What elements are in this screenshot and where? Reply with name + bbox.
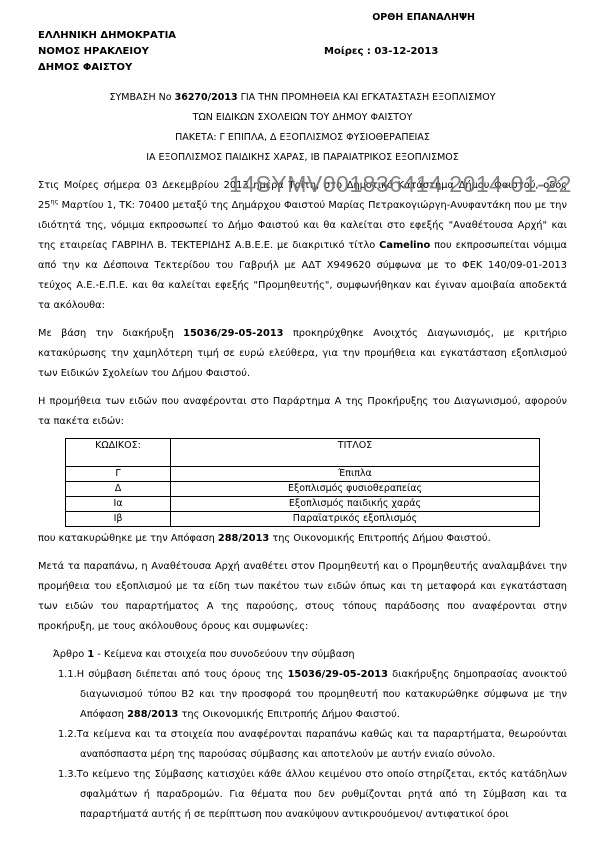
table-row: Ιβ Παραϊατρικός εξοπλισμός [66, 512, 540, 527]
table-cell-code: Γ [66, 467, 171, 482]
table-row: Γ Έπιπλα [66, 467, 540, 482]
packages-table: ΚΩΔΙΚΟΣ: ΤΙΤΛΟΣ Γ Έπιπλα Δ Εξοπλισμός φυ… [65, 438, 540, 527]
paragraph-award: που κατακυρώθηκε με την Απόφαση 288/2013… [38, 529, 567, 549]
article-item-1-3: 1.3.Το κείμενο της Σύμβασης κατισχύει κά… [38, 765, 567, 825]
article-item-1-1: 1.1.Η σύμβαση διέπεται από τους όρους τη… [38, 665, 567, 725]
table-row: Δ Εξοπλισμός φυσιοθεραπείας [66, 482, 540, 497]
authority-block: ΕΛΛΗΝΙΚΗ ΔΗΜΟΚΡΑΤΙΑ ΝΟΜΟΣ ΗΡΑΚΛΕΙΟΥ ΔΗΜΟ… [38, 28, 567, 76]
authority-line-municipality: ΔΗΜΟΣ ΦΑΙΣΤΟΥ [38, 60, 567, 76]
table-cell-title: Εξοπλισμός φυσιοθεραπείας [171, 482, 540, 497]
correction-notice: ΟΡΘΗ ΕΠΑΝΑΛΗΨΗ [38, 12, 567, 24]
table-cell-title: Παραϊατρικός εξοπλισμός [171, 512, 540, 527]
paragraph-items-intro: Η προμήθεια των ειδών που αναφέρονται στ… [38, 392, 567, 432]
table-header-title: ΤΙΤΛΟΣ [171, 439, 540, 467]
contract-title: ΣΥΜΒΑΣΗ Νο 36270/2013 ΓΙΑ ΤΗΝ ΠΡΟΜΗΘΕΙΑ … [38, 88, 567, 168]
title-line-2: ΤΩΝ ΕΙΔΙΚΩΝ ΣΧΟΛΕΙΩΝ ΤΟΥ ΔΗΜΟΥ ΦΑΙΣΤΟΥ [38, 108, 567, 128]
table-cell-code: Ια [66, 497, 171, 512]
title-line-4: ΙΑ ΕΞΟΠΛΙΣΜΟΣ ΠΑΙΔΙΚΗΣ ΧΑΡΑΣ, ΙΒ ΠΑΡΑΙΑΤ… [38, 148, 567, 168]
authority-line-prefecture: ΝΟΜΟΣ ΗΡΑΚΛΕΙΟΥ [38, 44, 567, 60]
contract-document-page: 14SYMV001836414 2014-01-22 ΟΡΘΗ ΕΠΑΝΑΛΗΨ… [0, 0, 595, 842]
title-line-1: ΣΥΜΒΑΣΗ Νο 36270/2013 ΓΙΑ ΤΗΝ ΠΡΟΜΗΘΕΙΑ … [38, 88, 567, 108]
table-header-code: ΚΩΔΙΚΟΣ: [66, 439, 171, 467]
paragraph-intro: Στις Μοίρες σήμερα 03 Δεκεμβρίου 2013 ημ… [38, 176, 567, 316]
paragraph-tender: Με βάση την διακήρυξη 15036/29-05-2013 π… [38, 324, 567, 384]
table-cell-code: Ιβ [66, 512, 171, 527]
paragraph-assignment: Μετά τα παραπάνω, η Αναθέτουσα Αρχή αναθ… [38, 557, 567, 637]
article-1-heading: Άρθρο 1 - Κείμενα και στοιχεία που συνοδ… [53, 645, 567, 665]
document-header: ΕΛΛΗΝΙΚΗ ΔΗΜΟΚΡΑΤΙΑ ΝΟΜΟΣ ΗΡΑΚΛΕΙΟΥ ΔΗΜΟ… [38, 28, 567, 78]
authority-line-republic: ΕΛΛΗΝΙΚΗ ΔΗΜΟΚΡΑΤΙΑ [38, 28, 567, 44]
table-cell-title: Έπιπλα [171, 467, 540, 482]
table-cell-code: Δ [66, 482, 171, 497]
table-header-row: ΚΩΔΙΚΟΣ: ΤΙΤΛΟΣ [66, 439, 540, 467]
table-row: Ια Εξοπλισμός παιδικής χαράς [66, 497, 540, 512]
article-item-1-2: 1.2.Τα κείμενα και τα στοιχεία που αναφέ… [38, 725, 567, 765]
table-cell-title: Εξοπλισμός παιδικής χαράς [171, 497, 540, 512]
place-date: Μοίρες : 03-12-2013 [324, 44, 438, 60]
title-line-3: ΠΑΚΕΤΑ: Γ ΕΠΙΠΛΑ, Δ ΕΞΟΠΛΙΣΜΟΣ ΦΥΣΙΟΘΕΡΑ… [38, 128, 567, 148]
